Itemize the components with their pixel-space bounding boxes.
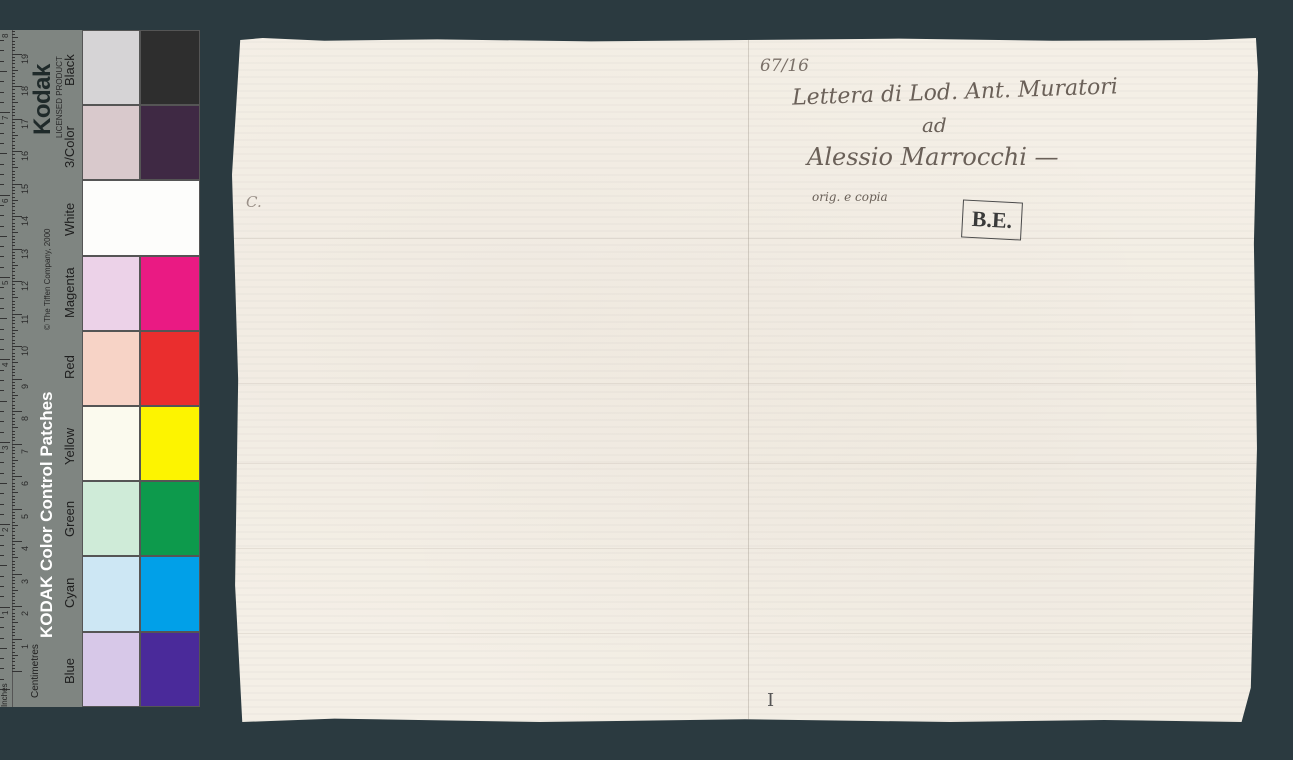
patch-3-color-dark [140,105,200,180]
cm-tick-label: 9 [20,383,30,388]
cm-tick-label: 1 [20,643,30,648]
patch-blue-dark [140,632,200,707]
cm-tick-label: 12 [20,281,30,291]
inch-tick-label: 2 [1,528,10,532]
patch-yellow-light [82,406,140,481]
library-stamp: B.E. [961,199,1023,240]
patch-black-light [82,30,140,105]
patch-blue-light [82,632,140,707]
inch-tick-label: 3 [1,445,10,449]
centimetres-label: Centimetres [30,644,41,698]
inch-tick-label: 8 [1,33,10,37]
patch-label-cyan: Cyan [62,578,77,608]
patch-label-3-color: 3/Color [62,126,77,168]
patch-label-white: White [62,203,77,236]
patch-cyan-light [82,556,140,631]
shelfmark: 67/16 [760,56,809,76]
patch-label-black: Black [62,54,77,86]
stamp-text: B.E. [971,206,1013,234]
cm-tick-label: 11 [20,314,30,323]
kodak-color-card: 12345678 12345678910111213141516171819 I… [0,30,200,707]
kodak-logo: Kodak [29,64,57,135]
patch-red-light [82,331,140,406]
cm-tick-label: 19 [20,53,30,63]
patch-3-color-light [82,105,140,180]
patch-green-light [82,481,140,556]
cm-tick-label: 13 [20,248,30,258]
patch-green-dark [140,481,200,556]
card-title: KODAK Color Control Patches [37,391,57,638]
patch-label-blue: Blue [62,658,77,684]
patch-black-dark [140,30,200,105]
inch-tick-label: 6 [1,198,10,202]
inch-tick-label: 7 [1,116,10,120]
copyright-label: © The Tiffen Company, 2000 [43,228,52,330]
cm-tick-label: 6 [20,481,30,486]
cm-tick-label: 10 [20,346,30,356]
letter-title-line2: ad [922,113,947,137]
cm-tick-label: 5 [20,513,30,518]
cm-tick-label: 8 [20,416,30,421]
inch-tick-label: 1 [1,610,10,614]
patch-label-red: Red [62,355,77,379]
inch-tick-label: 5 [1,281,10,285]
archival-letter-page: 67/16 Lettera di Lod. Ant. Muratori ad A… [232,38,1258,722]
patch-label-magenta: Magenta [62,268,77,319]
cm-tick-label: 4 [20,546,30,551]
cm-tick-label: 16 [20,151,30,161]
margin-mark: C. [246,193,262,211]
patch-yellow-dark [140,406,200,481]
patch-magenta-light [82,256,140,331]
patch-label-green: Green [62,501,77,537]
copy-note: orig. e copia [812,190,888,204]
inches-label: Inches [0,683,9,707]
cm-tick-label: 2 [20,611,30,616]
patch-red-dark [140,331,200,406]
patch-white [82,180,200,255]
inch-tick-label: 4 [1,363,10,367]
cm-tick-label: 3 [20,578,30,583]
letter-title-line3: Alessio Marrocchi — [807,143,1059,171]
cm-tick-label: 15 [20,183,30,193]
cm-tick-label: 7 [20,448,30,453]
cm-tick-label: 14 [20,216,30,226]
patch-cyan-dark [140,556,200,631]
page-number: I [767,690,774,711]
patch-label-yellow: Yellow [62,428,77,465]
patch-magenta-dark [140,256,200,331]
center-fold [748,38,749,722]
